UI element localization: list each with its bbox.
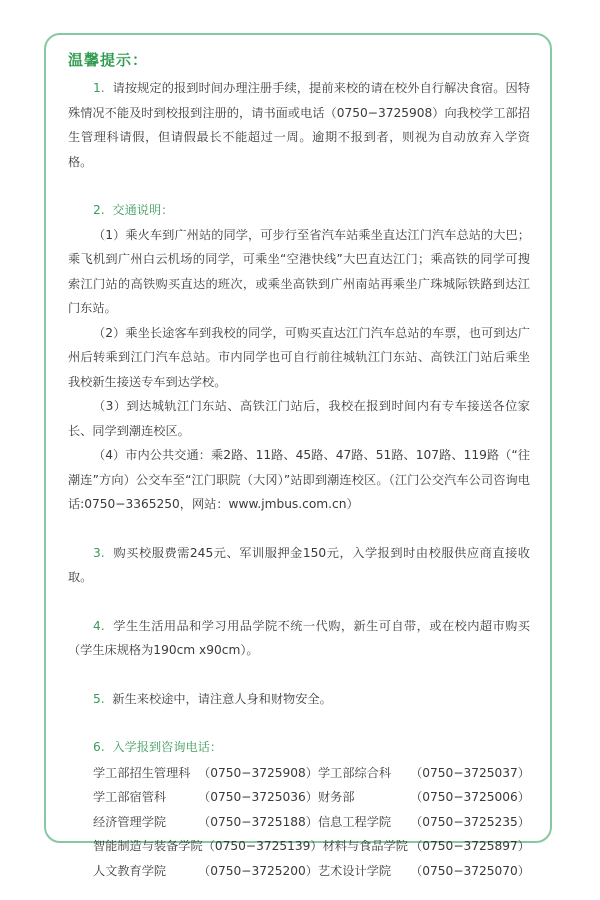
item-number: 1. (93, 81, 105, 95)
contact-name: 财务部 (318, 785, 410, 810)
item-text: 新生来校途中，请注意人身和财物安全。 (112, 692, 331, 706)
item-number: 3. (93, 546, 105, 560)
item-text: 购买校服费需245元、军训服押金150元，入学报到时由校服供应商直接收取。 (68, 546, 530, 585)
item-4: 4. 学生生活用品和学习用品学院不统一代购，新生可自带，或在校内超市购买（学生床… (68, 614, 530, 663)
item-number: 6. (93, 740, 105, 754)
contact-row: 智能制造与装备学院 （0750−3725139） 材料与食品学院 （0750−3… (93, 834, 530, 859)
item-3: 3. 购买校服费需245元、军训服押金150元，入学报到时由校服供应商直接收取。 (68, 541, 530, 590)
contact-phone: （0750−3725037） (410, 761, 530, 786)
contact-name: 人文教育学院 (93, 859, 198, 884)
transport-3: （3）到达城轨江门东站、高铁江门站后，我校在报到时间内有专车接送各位家长、同学到… (68, 394, 530, 443)
item-1: 1. 请按规定的报到时间办理注册手续，提前来校的请在校外自行解决食宿。因特殊情况… (68, 76, 530, 174)
contact-row: 经济管理学院 （0750−3725188） 信息工程学院 （0750−37252… (93, 810, 530, 835)
transport-1: （1）乘火车到广州站的同学，可步行至省汽车站乘坐直达江门汽车总站的大巴；乘飞机到… (68, 223, 530, 321)
contact-name: 经济管理学院 (93, 810, 198, 835)
contact-name: 艺术设计学院 (318, 859, 410, 884)
contact-name: 信息工程学院 (318, 810, 410, 835)
item-5: 5. 新生来校途中，请注意人身和财物安全。 (68, 687, 530, 712)
contact-table: 学工部招生管理科 （0750−3725908） 学工部综合科 （0750−372… (93, 761, 530, 884)
section-heading: 入学报到咨询电话： (112, 740, 222, 754)
section-heading: 交通说明： (112, 203, 173, 217)
item-text: 请按规定的报到时间办理注册手续，提前来校的请在校外自行解决食宿。因特殊情况不能及… (68, 81, 530, 169)
contact-name: 学工部综合科 (318, 761, 410, 786)
contact-row: 学工部招生管理科 （0750−3725908） 学工部综合科 （0750−372… (93, 761, 530, 786)
contact-phone: （0750−3725036） (198, 785, 318, 810)
contact-phone: （0750−3725006） (410, 785, 530, 810)
contact-name: 智能制造与装备学院 (93, 834, 203, 859)
contact-phone: （0750−3725070） (410, 859, 530, 884)
contact-name: 材料与食品学院 (323, 834, 411, 859)
item-text: 学生生活用品和学习用品学院不统一代购，新生可自带，或在校内超市购买（学生床规格为… (68, 619, 530, 658)
contact-phone: （0750−3725188） (198, 810, 318, 835)
item-6-heading: 6. 入学报到咨询电话： (68, 735, 530, 760)
contact-phone: （0750−3725897） (410, 834, 530, 859)
transport-2: （2）乘坐长途客车到我校的同学，可购买直达江门汽车总站的车票，也可到达广州后转乘… (68, 321, 530, 395)
contact-phone: （0750−3725235） (410, 810, 530, 835)
contact-row: 人文教育学院 （0750−3725200） 艺术设计学院 （0750−37250… (93, 859, 530, 884)
item-number: 2. (93, 203, 105, 217)
notice-card: 温馨提示： 1. 请按规定的报到时间办理注册手续，提前来校的请在校外自行解决食宿… (44, 33, 552, 843)
item-number: 5. (93, 692, 105, 706)
transport-4: （4）市内公共交通：乘2路、11路、45路、47路、51路、107路、119路（… (68, 443, 530, 517)
contact-phone: （0750−3725908） (198, 761, 318, 786)
contact-phone: （0750−3725139） (203, 834, 323, 859)
contact-name: 学工部招生管理科 (93, 761, 198, 786)
contact-name: 学工部宿管科 (93, 785, 198, 810)
item-number: 4. (93, 619, 105, 633)
contact-row: 学工部宿管科 （0750−3725036） 财务部 （0750−3725006） (93, 785, 530, 810)
contact-phone: （0750−3725200） (198, 859, 318, 884)
notice-title: 温馨提示： (68, 49, 530, 70)
item-2-heading: 2. 交通说明： (68, 198, 530, 223)
